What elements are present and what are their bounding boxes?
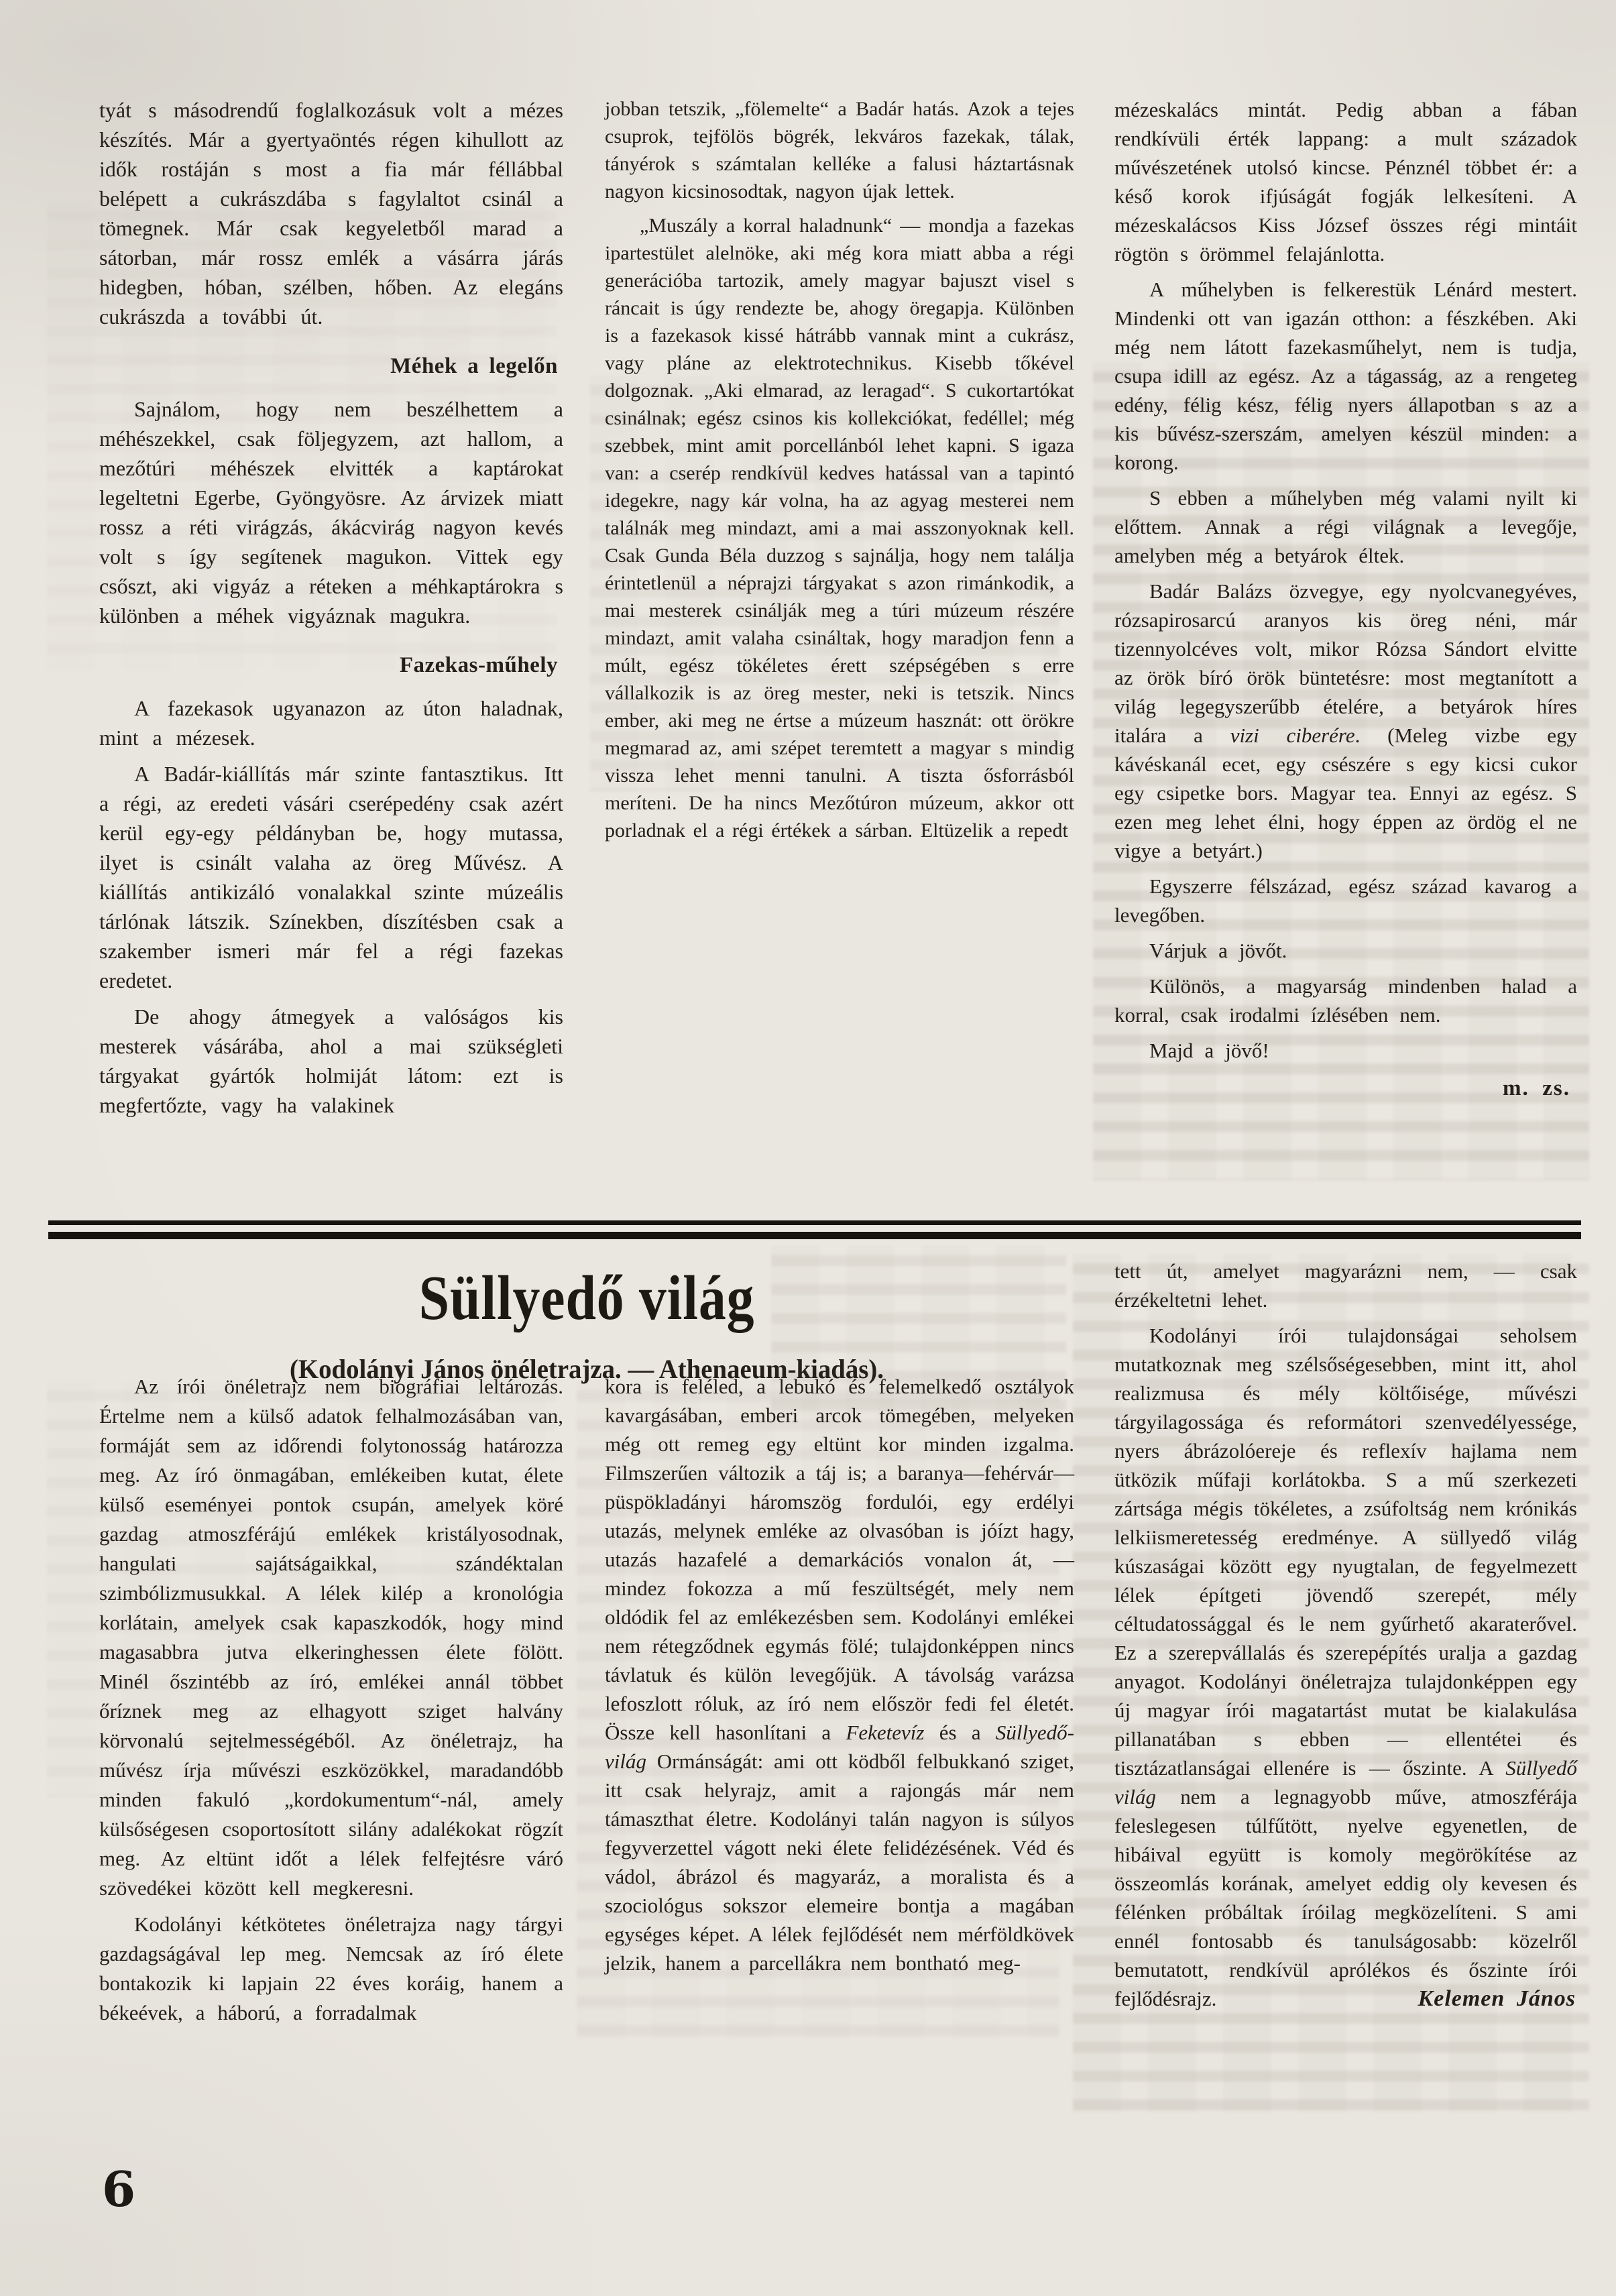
paragraph: „Muszály a korral haladnunk“ — mondja a …: [605, 212, 1074, 844]
article-headline-block: Süllyedő világ (Kodolányi János önéletra…: [101, 1262, 1073, 1385]
top-article-column-right-text: mézeskalács mintát. Pedig abban a fában …: [1114, 95, 1577, 1065]
paragraph: Várjuk a jövőt.: [1114, 936, 1577, 965]
paragraph: tyát s másodrendű foglalkozásuk volt a m…: [99, 95, 563, 331]
section-divider-rule: [48, 1220, 1581, 1239]
bottom-article-column-middle: kora is feléled, a lebukó és felemelkedő…: [605, 1372, 1074, 1977]
section-heading: Méhek a legelőn: [99, 351, 558, 381]
paragraph: Különös, a magyarság mindenben halad a k…: [1114, 972, 1577, 1029]
bottom-article-column-right: tett út, amelyet magyarázni nem, — csak …: [1114, 1257, 1577, 2013]
bottom-article-column-left: Az írói önéletrajz nem biográfiai leltár…: [99, 1372, 563, 2028]
paragraph: A Badár-kiállítás már szinte fantasztiku…: [99, 759, 563, 995]
paragraph: jobban tetszik, „fölemelte“ a Badár hatá…: [605, 95, 1074, 205]
paragraph: A műhelyben is felkerestük Lénárd mester…: [1114, 275, 1577, 477]
paragraph: mézeskalács mintát. Pedig abban a fában …: [1114, 95, 1577, 268]
paragraph: tett út, amelyet magyarázni nem, — csak …: [1114, 1257, 1577, 1314]
author-initials: m. zs.: [1114, 1074, 1577, 1103]
bottom-article-column-right-text: tett út, amelyet magyarázni nem, — csak …: [1114, 1257, 1577, 2013]
paragraph: De ahogy átmegyek a valóságos kis mester…: [99, 1002, 563, 1120]
paragraph: Egyszerre félszázad, egész század kavaro…: [1114, 872, 1577, 929]
paragraph: Az írói önéletrajz nem biográfiai leltár…: [99, 1372, 563, 1903]
paragraph: Kodolányi írói tulajdonságai seholsem mu…: [1114, 1321, 1577, 2013]
paragraph: Kodolányi kétkötetes önéletrajza nagy tá…: [99, 1910, 563, 2028]
top-article-column-middle: jobban tetszik, „fölemelte“ a Badár hatá…: [605, 95, 1074, 844]
magazine-page: tyát s másodrendű foglalkozásuk volt a m…: [0, 0, 1616, 2296]
paragraph: kora is feléled, a lebukó és felemelkedő…: [605, 1372, 1074, 1977]
page-number: 6: [102, 2161, 135, 2218]
paragraph: A fazekasok ugyanazon az úton haladnak, …: [99, 693, 563, 752]
paragraph: Badár Balázs özvegye, egy nyolcvanegyéve…: [1114, 577, 1577, 865]
section-heading: Fazekas-műhely: [99, 650, 558, 680]
paragraph: Majd a jövő!: [1114, 1036, 1577, 1065]
paragraph: S ebben a műhelyben még valami nyilt ki …: [1114, 483, 1577, 570]
article-title: Süllyedő világ: [164, 1262, 1010, 1334]
top-article-column-left: tyát s másodrendű foglalkozásuk volt a m…: [99, 95, 563, 1120]
top-article-column-right: mézeskalács mintát. Pedig abban a fában …: [1114, 95, 1577, 1103]
paragraph: Sajnálom, hogy nem beszélhettem a méhész…: [99, 394, 563, 630]
